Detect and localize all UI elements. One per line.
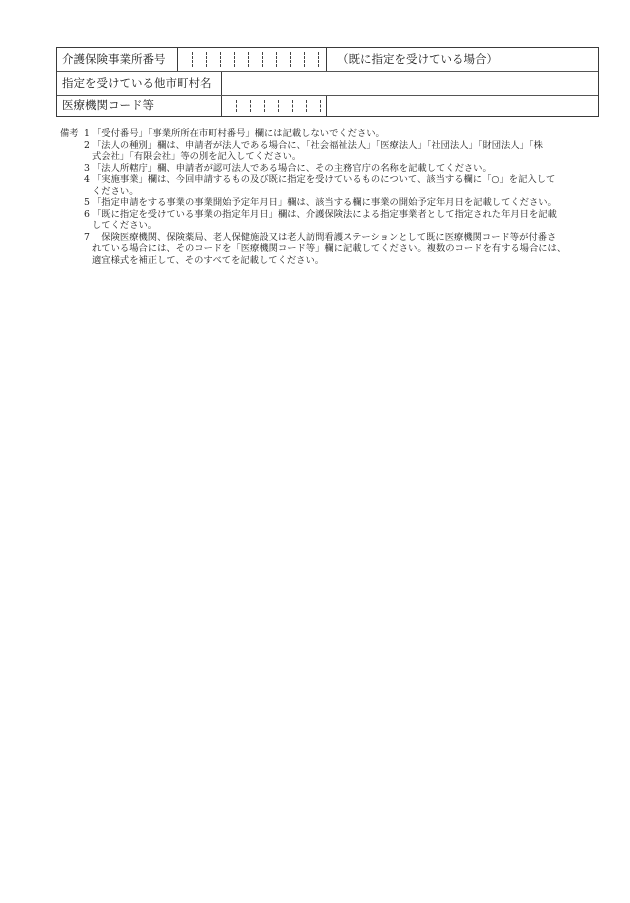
note-item-1: 備考1「受付番号」「事業所所在市町村番号」欄には記載しないでください。 bbox=[60, 128, 605, 140]
note-item-7-cont2: 適宜様式を補正して、そのすべてを記載してください。 bbox=[60, 255, 605, 267]
table-row-care-insurance-number: 介護保険事業所番号 （既に指定を受けている場合） bbox=[57, 48, 598, 72]
note-item-3: 3「法人所轄庁」欄、申請者が認可法人である場合に、その主務官庁の名称を記載してく… bbox=[60, 163, 605, 175]
digit-boxes-10 bbox=[178, 48, 326, 71]
note-item-2-cont: 式会社」「有限会社」等の別を記入してください。 bbox=[60, 151, 605, 163]
note-if-already-designated: （既に指定を受けている場合） bbox=[326, 48, 598, 71]
other-municipality-field[interactable] bbox=[221, 72, 598, 95]
label-care-insurance-office-number: 介護保険事業所番号 bbox=[57, 48, 177, 71]
label-medical-institution-code: 医療機関コード等 bbox=[57, 96, 221, 116]
note-item-4: 4「実施事業」欄は、今回申請するもの及び既に指定を受けているものについて、該当す… bbox=[60, 174, 605, 186]
note-item-4-cont: ください。 bbox=[60, 186, 605, 198]
remarks-section: 備考1「受付番号」「事業所所在市町村番号」欄には記載しないでください。 2「法人… bbox=[60, 128, 605, 266]
registration-table: 介護保険事業所番号 （既に指定を受けている場合） 指定を受けている他市 bbox=[56, 47, 599, 117]
note-item-6: 6「既に指定を受けている事業の指定年月日」欄は、介護保険法による指定事業者として… bbox=[60, 209, 605, 221]
care-insurance-number-field[interactable] bbox=[177, 48, 326, 71]
note-item-7-cont1: れている場合には、そのコードを「医療機関コード等」欄に記載してください。複数のコ… bbox=[60, 243, 605, 255]
note-item-7: 7 保険医療機関、保険薬局、老人保健施設又は老人訪問看護ステーションとして既に医… bbox=[60, 232, 605, 244]
note-item-6-cont: してください。 bbox=[60, 220, 605, 232]
note-item-2: 2「法人の種別」欄は、申請者が法人である場合に、「社会福祉法人」「医療法人」「社… bbox=[60, 140, 605, 152]
label-other-municipality-name: 指定を受けている他市町村名 bbox=[57, 72, 221, 95]
remarks-heading: 備考 bbox=[60, 128, 84, 140]
table-row-medical-code: 医療機関コード等 bbox=[57, 96, 598, 116]
table-row-other-municipality: 指定を受けている他市町村名 bbox=[57, 72, 598, 96]
medical-code-field[interactable] bbox=[221, 96, 326, 116]
digit-boxes-7 bbox=[222, 96, 326, 116]
medical-code-extra-field[interactable] bbox=[326, 96, 598, 116]
note-item-5: 5「指定申請をする事業の事業開始予定年月日」欄は、該当する欄に事業の開始予定年月… bbox=[60, 197, 605, 209]
document-page: 介護保険事業所番号 （既に指定を受けている場合） 指定を受けている他市 bbox=[0, 0, 630, 903]
